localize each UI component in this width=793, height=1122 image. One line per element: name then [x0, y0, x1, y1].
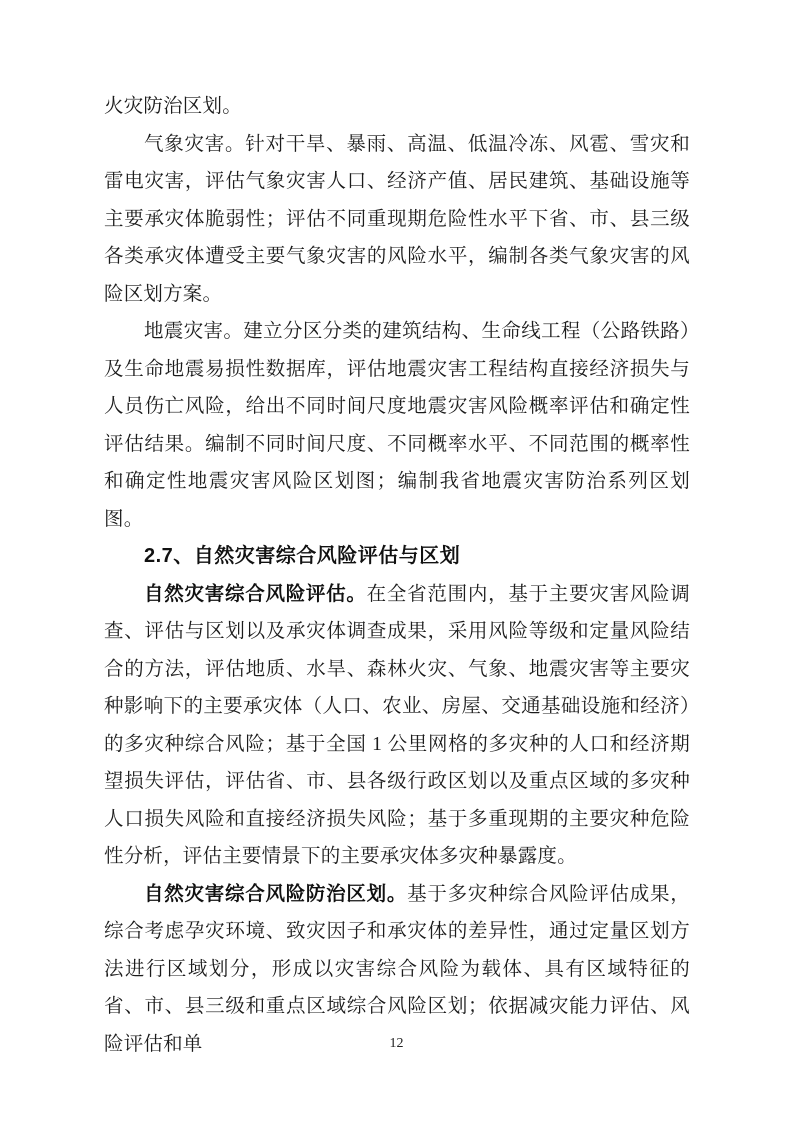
paragraph-comprehensive-risk-assessment: 自然灾害综合风险评估。在全省范围内，基于主要灾害风险调查、评估与区划以及承灾体调…	[104, 576, 690, 876]
paragraph-meteorological-disaster: 气象灾害。针对干旱、暴雨、高温、低温冷冻、风雹、雪灾和雷电灾害，评估气象灾害人口…	[104, 126, 690, 314]
paragraph-body-text: 在全省范围内，基于主要灾害风险调查、评估与区划以及承灾体调查成果，采用风险等级和…	[104, 584, 690, 868]
paragraph-earthquake-disaster: 地震灾害。建立分区分类的建筑结构、生命线工程（公路铁路）及生命地震易损性数据库，…	[104, 313, 690, 538]
bold-lead-risk-zoning: 自然灾害综合风险防治区划。	[144, 883, 407, 905]
section-heading-2-7: 2.7、自然灾害综合风险评估与区划	[104, 538, 690, 576]
page-number: 12	[390, 1036, 404, 1051]
document-page: 火灾防治区划。 气象灾害。针对干旱、暴雨、高温、低温冷冻、风雹、雪灾和雷电灾害，…	[0, 0, 793, 1122]
bold-lead-risk-assessment: 自然灾害综合风险评估。	[144, 583, 367, 605]
paragraph-body-text: 基于多灾种综合风险评估成果，综合考虑孕灾环境、致灾因子和承灾体的差异性，通过定量…	[104, 884, 690, 1055]
paragraph-fire-zoning-tail: 火灾防治区划。	[104, 88, 690, 126]
page-content: 火灾防治区划。 气象灾害。针对干旱、暴雨、高温、低温冷冻、风雹、雪灾和雷电灾害，…	[104, 88, 690, 1063]
page-footer: 12	[0, 1034, 793, 1052]
